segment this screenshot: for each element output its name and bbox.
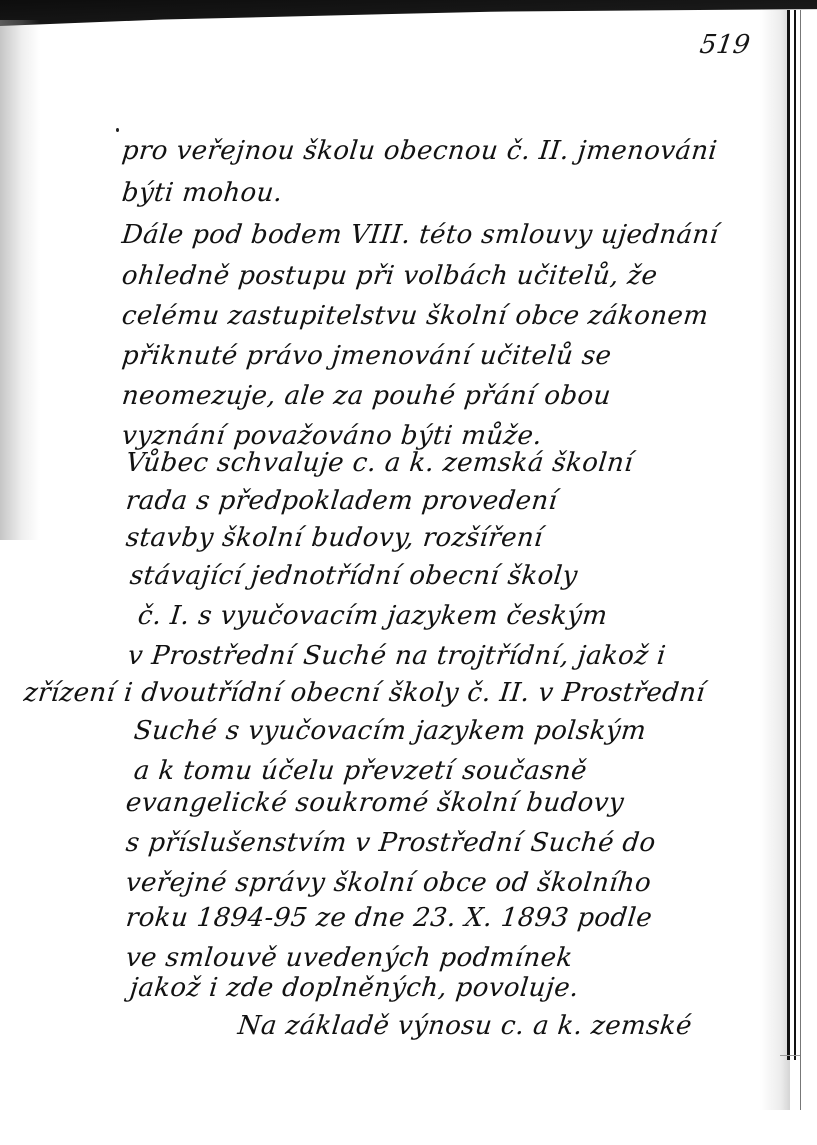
handwritten-line: rada s předpokladem provedení — [125, 488, 559, 514]
handwritten-line: roku 1894-95 ze dne 23. X. 1893 podle — [125, 905, 654, 931]
binding-shadow — [760, 10, 790, 1110]
handwritten-line: ohledně postupu při volbách učitelů, že — [121, 263, 659, 289]
handwritten-line: býti mohou. — [121, 180, 284, 206]
binding-line — [800, 10, 801, 1110]
handwritten-line: v Prostřední Suché na trojtřídní, jakož … — [127, 643, 668, 669]
handwritten-line: veřejné správy školní obce od školního — [125, 870, 653, 896]
handwritten-line: evangelické soukromé školní budovy — [125, 790, 626, 816]
handwritten-line: zřízení i dvoutřídní obecní školy č. II.… — [23, 680, 707, 706]
handwritten-line: celému zastupitelstvu školní obce zákone… — [121, 303, 710, 329]
handwritten-line: s příslušenstvím v Prostřední Suché do — [125, 830, 657, 856]
handwritten-line: Suché s vyučovacím jazykem polským — [133, 718, 648, 744]
handwritten-line: pro veřejnou školu obecnou č. II. jmenov… — [121, 138, 719, 164]
handwritten-line: stavby školní budovy, rozšíření — [125, 525, 545, 551]
margin-mark — [780, 1055, 800, 1056]
scanned-document-page: 519 pro veřejnou školu obecnou č. II. jm… — [0, 0, 817, 1145]
handwritten-line: a k tomu účelu převzetí současně — [133, 758, 589, 784]
handwritten-line: jakož i zde doplněných, povoluje. — [129, 975, 581, 1001]
handwritten-line: Vůbec schvaluje c. a k. zemská školní — [125, 450, 635, 476]
page-number: 519 — [698, 30, 752, 60]
page-edge-shadow — [0, 20, 40, 540]
handwritten-line: č. I. s vyučovacím jazykem českým — [137, 603, 609, 629]
handwritten-line: vyznání považováno býti může. — [121, 423, 544, 449]
handwritten-line: neomezuje, ale za pouhé přání obou — [121, 383, 613, 409]
handwritten-line: ve smlouvě uvedených podmínek — [125, 945, 574, 971]
scan-top-edge — [0, 0, 817, 26]
binding-line — [787, 10, 790, 1060]
handwritten-line: Dále pod bodem VIII. této smlouvy ujedná… — [121, 222, 720, 248]
ink-dot — [116, 128, 119, 132]
handwritten-line: stávající jednotřídní obecní školy — [129, 563, 579, 589]
binding-line — [794, 10, 796, 1060]
handwritten-line: přiknuté právo jmenování učitelů se — [121, 343, 613, 369]
handwritten-line: Na základě výnosu c. a k. zemské — [237, 1013, 694, 1039]
